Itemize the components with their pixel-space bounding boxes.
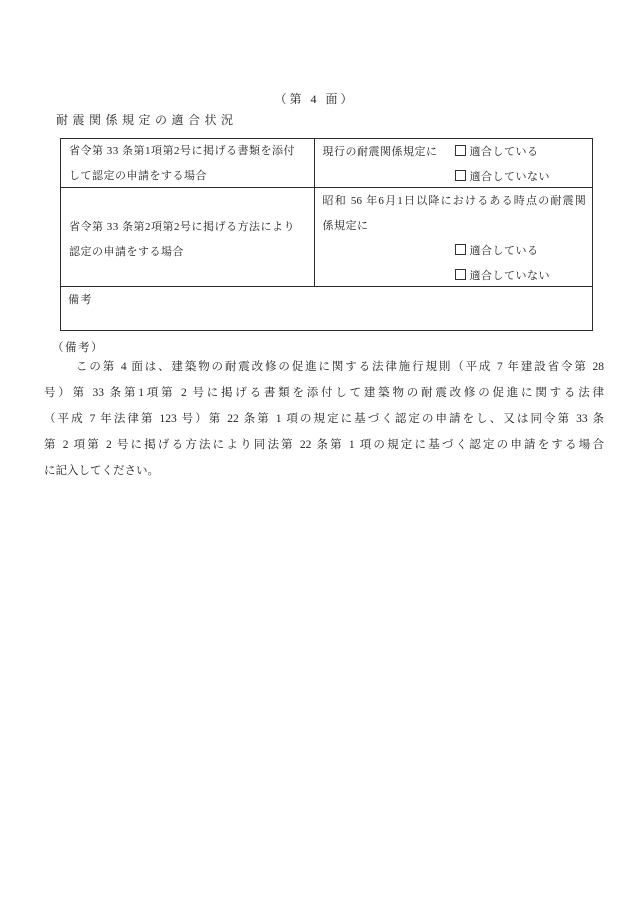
row1-case-line2: して認定の申請をする場合 [69,164,306,189]
page-title: （第 4 面） [0,91,630,107]
checkbox-label: 適合していない [470,171,551,183]
checkbox-option-row2-conforms[interactable]: 適合している [455,239,539,264]
notes-line: 第 2 項第 2 号に掲げる方法により同法第 22 条第 1 項の規定に基づく認… [44,432,604,458]
checkbox-icon [455,244,466,255]
row1-status-cell: 現行の耐震関係規定に 適合している 適合していない [315,139,593,187]
checkbox-option-row2-not-conforms[interactable]: 適合していない [455,264,551,289]
compliance-table: 省令第 33 条第1項第2号に掲げる書類を添付 して認定の申請をする場合 現行の… [60,138,593,331]
remarks-cell: 備考 [61,287,592,330]
notes-line: この第 4 面は、建築物の耐震改修の促進に関する法律施行規則（平成 7 年建設省… [44,354,604,380]
row2-case-cell: 省令第 33 条第2項第2号に掲げる方法により 認定の申請をする場合 [61,188,315,286]
row2-status-cell: 昭和 56 年6月1日以降におけるある時点の耐震関 係規定に 適合している 適合… [315,188,593,286]
table-row-ministerial-order-para1: 省令第 33 条第1項第2号に掲げる書類を添付 して認定の申請をする場合 現行の… [61,139,592,188]
notes-heading: （備考） [52,341,104,355]
notes-line: に記入してください。 [44,458,604,484]
checkbox-icon [455,145,466,156]
notes-line: （平成 7 年法律第 123 号）第 22 条第 1 項の規定に基づく認定の申請… [44,406,604,432]
checkbox-option-row1-conforms[interactable]: 適合している [455,140,539,165]
remarks-label: 備考 [68,288,585,313]
checkbox-icon [455,269,466,280]
row1-status-label: 現行の耐震関係規定に [323,146,438,158]
checkbox-label: 適合していない [470,270,551,282]
row2-status-line1: 昭和 56 年6月1日以降におけるある時点の耐震関 [323,189,587,214]
table-row-ministerial-order-para2: 省令第 33 条第2項第2号に掲げる方法により 認定の申請をする場合 昭和 56… [61,188,592,287]
section-heading: 耐震関係規定の適合状況 [56,112,238,128]
notes-paragraph: この第 4 面は、建築物の耐震改修の促進に関する法律施行規則（平成 7 年建設省… [44,354,604,484]
row2-case-line1: 省令第 33 条第2項第2号に掲げる方法により [69,215,306,240]
checkbox-icon [455,170,466,181]
notes-line: 号）第 33 条第1項第 2 号に掲げる書類を添付して建築物の耐震改修の促進に関… [44,380,604,406]
table-row-remarks: 備考 [61,287,592,330]
checkbox-label: 適合している [470,245,539,257]
checkbox-label: 適合している [470,146,539,158]
row2-case-line2: 認定の申請をする場合 [69,240,306,265]
row1-case-cell: 省令第 33 条第1項第2号に掲げる書類を添付 して認定の申請をする場合 [61,139,315,187]
row1-case-line1: 省令第 33 条第1項第2号に掲げる書類を添付 [69,139,306,164]
row2-status-line2: 係規定に [323,214,587,239]
checkbox-option-row1-not-conforms[interactable]: 適合していない [455,165,551,190]
